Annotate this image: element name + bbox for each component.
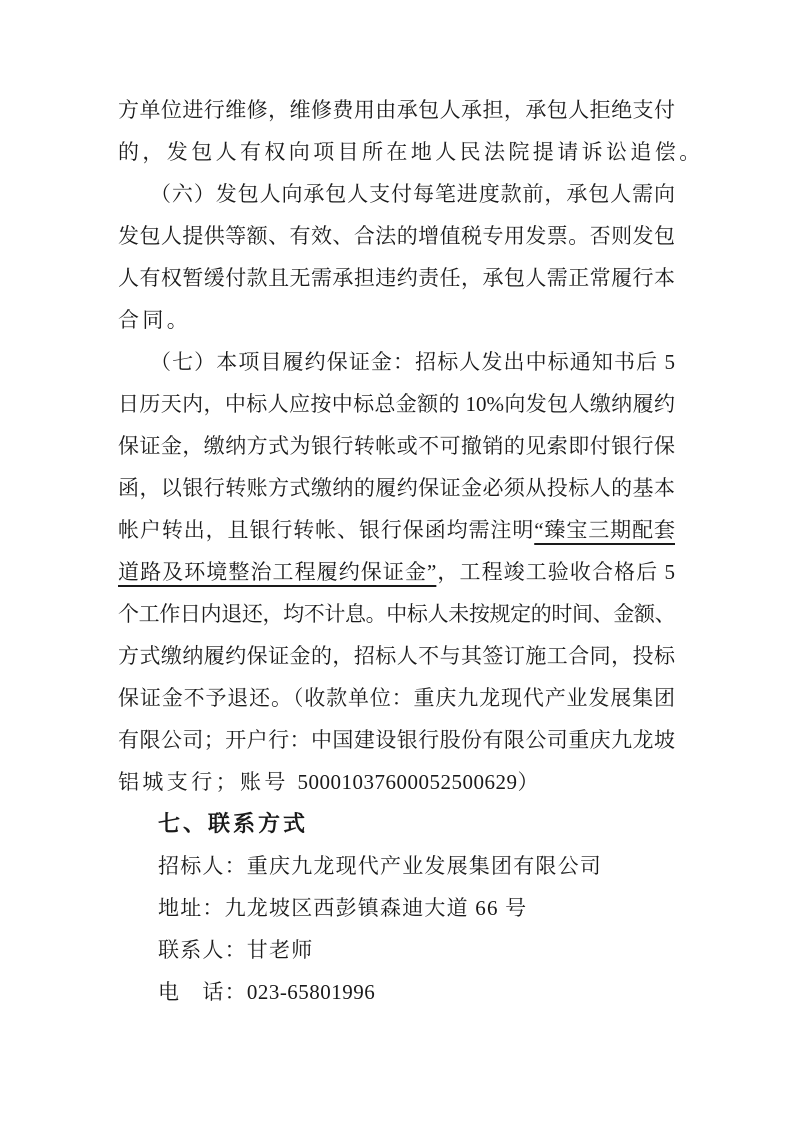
body-line: 帐户转出，且银行转帐、银行保函均需注明“臻宝三期配套 xyxy=(118,509,675,551)
body-line: 的，发包人有权向项目所在地人民法院提请诉讼追偿。 xyxy=(118,131,675,173)
body-line: 方式缴纳履约保证金的，招标人不与其签订施工合同，投标 xyxy=(118,635,675,677)
bank-account-line: 铝城支行；账号 50001037600052500629） xyxy=(118,761,675,803)
bank-account-number: 50001037600052500629） xyxy=(297,770,539,794)
body-line: 日历天内，中标人应按中标总金额的 10%向发包人缴纳履约 xyxy=(118,383,675,425)
body-line: 合同。 xyxy=(118,299,675,341)
body-text: ，工程竣工验收合格后 5 xyxy=(436,560,675,584)
body-line: 道路及环境整治工程履约保证金”，工程竣工验收合格后 5 xyxy=(118,551,675,593)
contact-address-line: 地址：九龙坡区西彭镇森迪大道 66 号 xyxy=(118,887,675,929)
underlined-project-name-part1: “臻宝三期配套 xyxy=(534,518,675,542)
body-line: 函，以银行转账方式缴纳的履约保证金必须从投标人的基本 xyxy=(118,467,675,509)
body-line: 个工作日内退还，均不计息。中标人未按规定的时间、金额、 xyxy=(118,593,675,635)
clause-six-first-line: （六）发包人向承包人支付每笔进度款前，承包人需向 xyxy=(118,173,675,215)
contact-person-line: 联系人：甘老师 xyxy=(118,929,675,971)
document-text-block: 方单位进行维修，维修费用由承包人承担，承包人拒绝支付 的，发包人有权向项目所在地… xyxy=(118,89,675,1013)
clause-seven-first-line: （七）本项目履约保证金：招标人发出中标通知书后 5 xyxy=(118,341,675,383)
body-line: 有限公司；开户行：中国建设银行股份有限公司重庆九龙坡 xyxy=(118,719,675,761)
body-line: 保证金，缴纳方式为银行转帐或不可撤销的见索即付银行保 xyxy=(118,425,675,467)
section-heading-contact: 七、联系方式 xyxy=(118,803,675,845)
phone-number: 023-65801996 xyxy=(247,980,376,1004)
body-line: 保证金不予退还。（收款单位：重庆九龙现代产业发展集团 xyxy=(118,677,675,719)
contact-phone-line: 电 话：023-65801996 xyxy=(118,971,675,1013)
phone-label: 电 话： xyxy=(158,980,247,1004)
contact-bidder-line: 招标人：重庆九龙现代产业发展集团有限公司 xyxy=(118,845,675,887)
body-line: 发包人提供等额、有效、合法的增值税专用发票。否则发包 xyxy=(118,215,675,257)
underlined-project-name-part2: 道路及环境整治工程履约保证金” xyxy=(118,560,436,584)
document-page: 方单位进行维修，维修费用由承包人承担，承包人拒绝支付 的，发包人有权向项目所在地… xyxy=(0,0,793,1122)
body-text: 铝城支行；账号 xyxy=(118,770,297,794)
body-text: 帐户转出，且银行转帐、银行保函均需注明 xyxy=(118,518,534,542)
body-line: 方单位进行维修，维修费用由承包人承担，承包人拒绝支付 xyxy=(118,89,675,131)
body-line: 人有权暂缓付款且无需承担违约责任，承包人需正常履行本 xyxy=(118,257,675,299)
